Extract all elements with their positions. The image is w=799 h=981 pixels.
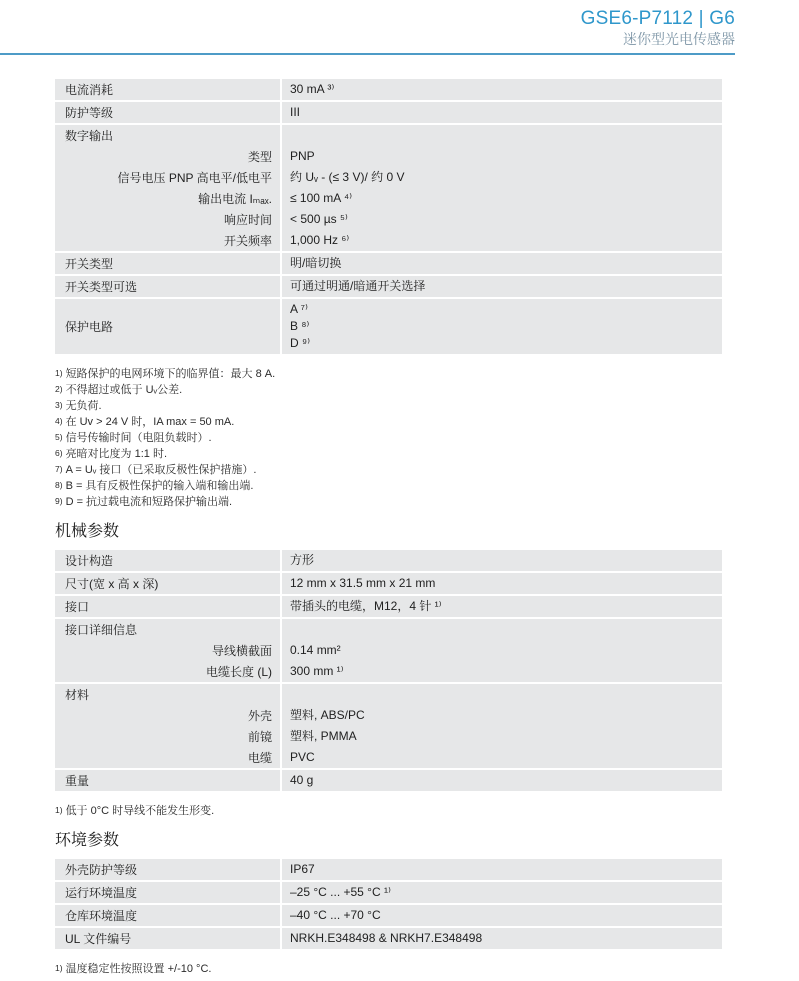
spec-value-line: < 500 µs ⁵⁾ xyxy=(290,211,714,228)
spec-value-line: 300 mm ¹⁾ xyxy=(290,663,714,680)
footnote-text: 亮暗对比度为 1:1 时. xyxy=(66,448,167,460)
spec-row: 开关频率1,000 Hz ⁶⁾ xyxy=(55,230,722,251)
spec-value-line: 塑料, ABS/PC xyxy=(290,707,714,724)
spec-row: 尺寸(宽 x 高 x 深)12 mm x 31.5 mm x 21 mm xyxy=(55,573,722,594)
spec-label: 电缆 xyxy=(55,747,280,768)
spec-value-line: 1,000 Hz ⁶⁾ xyxy=(290,232,714,249)
spec-label: 输出电流 Iₘₐₓ. xyxy=(55,188,280,209)
footnote-text: 信号传输时间（电阻负载时）. xyxy=(66,432,212,444)
footnote-marker: 9) xyxy=(55,496,63,506)
spec-label: 材料 xyxy=(55,684,280,705)
electrical-spec-table: 电流消耗30 mA ³⁾防护等级III数字输出类型PNP信号电压 PNP 高电平… xyxy=(55,79,722,354)
spec-row-group: 开关类型可选可通过明通/暗通开关选择 xyxy=(55,276,722,297)
spec-row: 数字输出 xyxy=(55,125,722,146)
spec-label: 运行环境温度 xyxy=(55,882,280,903)
spec-row: 导线横截面0.14 mm² xyxy=(55,640,722,661)
spec-value: 塑料, ABS/PC xyxy=(282,705,722,726)
spec-label: 电缆长度 (L) xyxy=(55,661,280,682)
spec-label: 防护等级 xyxy=(55,102,280,123)
spec-value: –25 °C ... +55 °C ¹⁾ xyxy=(282,882,722,903)
spec-row: 材料 xyxy=(55,684,722,705)
spec-label: 保护电路 xyxy=(55,299,280,354)
footnote-text: D = 抗过载电流和短路保护输出端. xyxy=(66,496,233,508)
spec-value-line: 方形 xyxy=(290,552,714,569)
spec-label: UL 文件编号 xyxy=(55,928,280,949)
footnote-text: 无负荷. xyxy=(66,400,102,412)
spec-row: 外壳塑料, ABS/PC xyxy=(55,705,722,726)
spec-value: ≤ 100 mA ⁴⁾ xyxy=(282,188,722,209)
spec-value xyxy=(282,125,722,146)
spec-row: 响应时间< 500 µs ⁵⁾ xyxy=(55,209,722,230)
spec-row-group: 运行环境温度–25 °C ... +55 °C ¹⁾ xyxy=(55,882,722,903)
spec-label: 信号电压 PNP 高电平/低电平 xyxy=(55,167,280,188)
footnote: 1)短路保护的电网环境下的临界值：最大 8 A. xyxy=(55,366,722,382)
spec-value xyxy=(282,684,722,705)
spec-value: 300 mm ¹⁾ xyxy=(282,661,722,682)
footnote-text: 短路保护的电网环境下的临界值：最大 8 A. xyxy=(66,368,276,380)
spec-row-group: 保护电路A ⁷⁾B ⁸⁾D ⁹⁾ xyxy=(55,299,722,354)
spec-row-group: UL 文件编号NRKH.E348498 & NRKH7.E348498 xyxy=(55,928,722,949)
spec-label: 接口详细信息 xyxy=(55,619,280,640)
spec-row-group: 尺寸(宽 x 高 x 深)12 mm x 31.5 mm x 21 mm xyxy=(55,573,722,594)
footnote: 3)无负荷. xyxy=(55,398,722,414)
footnote: 1)温度稳定性按照设置 +/-10 °C. xyxy=(55,961,722,977)
spec-label: 开关类型 xyxy=(55,253,280,274)
spec-label: 外壳防护等级 xyxy=(55,859,280,880)
section-title-environment: 环境参数 xyxy=(55,831,722,851)
section-title-mechanical: 机械参数 xyxy=(55,522,722,542)
electrical-footnotes: 1)短路保护的电网环境下的临界值：最大 8 A.2)不得超过或低于 Uᵥ公差.3… xyxy=(55,366,722,510)
spec-label: 导线横截面 xyxy=(55,640,280,661)
spec-row: 信号电压 PNP 高电平/低电平约 Uᵥ - (≤ 3 V)/ 约 0 V xyxy=(55,167,722,188)
spec-row: 保护电路A ⁷⁾B ⁸⁾D ⁹⁾ xyxy=(55,299,722,354)
spec-row: 运行环境温度–25 °C ... +55 °C ¹⁾ xyxy=(55,882,722,903)
spec-label: 响应时间 xyxy=(55,209,280,230)
spec-row: 开关类型明/暗切换 xyxy=(55,253,722,274)
footnote-marker: 5) xyxy=(55,432,63,442)
footnote: 5)信号传输时间（电阻负载时）. xyxy=(55,430,722,446)
spec-label: 设计构造 xyxy=(55,550,280,571)
spec-row-group: 接口详细信息导线横截面0.14 mm²电缆长度 (L)300 mm ¹⁾ xyxy=(55,619,722,682)
spec-label: 开关频率 xyxy=(55,230,280,251)
environment-spec-table: 外壳防护等级IP67运行环境温度–25 °C ... +55 °C ¹⁾仓库环境… xyxy=(55,859,722,949)
product-title: GSE6-P7112 | G6 xyxy=(0,7,799,30)
spec-value: < 500 µs ⁵⁾ xyxy=(282,209,722,230)
spec-value-line: PVC xyxy=(290,749,714,766)
spec-value-line: IP67 xyxy=(290,861,714,878)
spec-row: 外壳防护等级IP67 xyxy=(55,859,722,880)
spec-value-line: 12 mm x 31.5 mm x 21 mm xyxy=(290,575,714,592)
spec-value: 40 g xyxy=(282,770,722,791)
spec-value: III xyxy=(282,102,722,123)
spec-row-group: 仓库环境温度–40 °C ... +70 °C xyxy=(55,905,722,926)
footnote-text: 不得超过或低于 Uᵥ公差. xyxy=(66,384,183,396)
spec-label: 电流消耗 xyxy=(55,79,280,100)
spec-row: 设计构造方形 xyxy=(55,550,722,571)
footnote-marker: 2) xyxy=(55,384,63,394)
spec-value: 0.14 mm² xyxy=(282,640,722,661)
footnote: 7)A = Uᵥ 接口（已采取反极性保护措施）. xyxy=(55,462,722,478)
spec-value-line: 塑料, PMMA xyxy=(290,728,714,745)
spec-row: 重量40 g xyxy=(55,770,722,791)
footnote: 2)不得超过或低于 Uᵥ公差. xyxy=(55,382,722,398)
spec-label: 类型 xyxy=(55,146,280,167)
spec-value: 1,000 Hz ⁶⁾ xyxy=(282,230,722,251)
footnote: 9)D = 抗过载电流和短路保护输出端. xyxy=(55,494,722,510)
spec-value-line: 带插头的电缆，M12，4 针 ¹⁾ xyxy=(290,598,714,615)
spec-label: 仓库环境温度 xyxy=(55,905,280,926)
spec-value-line: 可通过明通/暗通开关选择 xyxy=(290,278,714,295)
spec-value-line: –40 °C ... +70 °C xyxy=(290,907,714,924)
footnote-text: 低于 0°C 时导线不能发生形变. xyxy=(66,805,215,817)
footnote-marker: 1) xyxy=(55,805,63,815)
spec-row: 仓库环境温度–40 °C ... +70 °C xyxy=(55,905,722,926)
spec-value-line: –25 °C ... +55 °C ¹⁾ xyxy=(290,884,714,901)
spec-label: 接口 xyxy=(55,596,280,617)
spec-value: –40 °C ... +70 °C xyxy=(282,905,722,926)
spec-value: 12 mm x 31.5 mm x 21 mm xyxy=(282,573,722,594)
footnote-marker: 4) xyxy=(55,416,63,426)
spec-value: 塑料, PMMA xyxy=(282,726,722,747)
spec-value: 30 mA ³⁾ xyxy=(282,79,722,100)
spec-row: UL 文件编号NRKH.E348498 & NRKH7.E348498 xyxy=(55,928,722,949)
footnote: 4)在 Uv > 24 V 时，IA max = 50 mA. xyxy=(55,414,722,430)
footnote-marker: 8) xyxy=(55,480,63,490)
spec-value: A ⁷⁾B ⁸⁾D ⁹⁾ xyxy=(282,299,722,354)
product-subtitle: 迷你型光电传感器 xyxy=(0,30,799,49)
spec-row: 前镜塑料, PMMA xyxy=(55,726,722,747)
spec-row-group: 防护等级III xyxy=(55,102,722,123)
mechanical-spec-table: 设计构造方形尺寸(宽 x 高 x 深)12 mm x 31.5 mm x 21 … xyxy=(55,550,722,791)
spec-row: 开关类型可选可通过明通/暗通开关选择 xyxy=(55,276,722,297)
spec-label: 尺寸(宽 x 高 x 深) xyxy=(55,573,280,594)
footnote: 8)B = 具有反极性保护的输入端和输出端. xyxy=(55,478,722,494)
spec-value: 明/暗切换 xyxy=(282,253,722,274)
spec-row-group: 材料外壳塑料, ABS/PC前镜塑料, PMMA电缆PVC xyxy=(55,684,722,768)
footnote: 6)亮暗对比度为 1:1 时. xyxy=(55,446,722,462)
spec-value-line: 约 Uᵥ - (≤ 3 V)/ 约 0 V xyxy=(290,169,714,186)
spec-value-line: NRKH.E348498 & NRKH7.E348498 xyxy=(290,930,714,947)
spec-row: 电流消耗30 mA ³⁾ xyxy=(55,79,722,100)
spec-value-line: 明/暗切换 xyxy=(290,255,714,272)
spec-value: 带插头的电缆，M12，4 针 ¹⁾ xyxy=(282,596,722,617)
spec-label: 前镜 xyxy=(55,726,280,747)
spec-label: 外壳 xyxy=(55,705,280,726)
footnote-marker: 1) xyxy=(55,963,63,973)
spec-row: 电缆长度 (L)300 mm ¹⁾ xyxy=(55,661,722,682)
spec-row-group: 数字输出类型PNP信号电压 PNP 高电平/低电平约 Uᵥ - (≤ 3 V)/… xyxy=(55,125,722,251)
footnote-marker: 7) xyxy=(55,464,63,474)
spec-row: 接口详细信息 xyxy=(55,619,722,640)
spec-row-group: 接口带插头的电缆，M12，4 针 ¹⁾ xyxy=(55,596,722,617)
spec-value: PNP xyxy=(282,146,722,167)
spec-value-line: III xyxy=(290,104,714,121)
spec-value-line: PNP xyxy=(290,148,714,165)
spec-label: 开关类型可选 xyxy=(55,276,280,297)
page-header: GSE6-P7112 | G6 迷你型光电传感器 xyxy=(0,0,799,55)
spec-value-line: B ⁸⁾ xyxy=(290,318,714,335)
spec-row-group: 开关类型明/暗切换 xyxy=(55,253,722,274)
spec-value-line: 40 g xyxy=(290,772,714,789)
spec-row: 输出电流 Iₘₐₓ.≤ 100 mA ⁴⁾ xyxy=(55,188,722,209)
spec-label: 重量 xyxy=(55,770,280,791)
spec-value: IP67 xyxy=(282,859,722,880)
spec-row: 防护等级III xyxy=(55,102,722,123)
spec-value: 方形 xyxy=(282,550,722,571)
spec-row-group: 重量40 g xyxy=(55,770,722,791)
spec-label: 数字输出 xyxy=(55,125,280,146)
spec-value: PVC xyxy=(282,747,722,768)
datasheet-page: GSE6-P7112 | G6 迷你型光电传感器 电流消耗30 mA ³⁾防护等… xyxy=(0,0,799,981)
footnote-text: B = 具有反极性保护的输入端和输出端. xyxy=(66,480,254,492)
footnote-text: A = Uᵥ 接口（已采取反极性保护措施）. xyxy=(66,464,257,476)
spec-value-line: A ⁷⁾ xyxy=(290,301,714,318)
footnote-marker: 1) xyxy=(55,368,63,378)
spec-value-line: ≤ 100 mA ⁴⁾ xyxy=(290,190,714,207)
environment-footnotes: 1)温度稳定性按照设置 +/-10 °C. xyxy=(55,961,722,977)
spec-value: 可通过明通/暗通开关选择 xyxy=(282,276,722,297)
content-area: 电流消耗30 mA ³⁾防护等级III数字输出类型PNP信号电压 PNP 高电平… xyxy=(55,55,722,977)
footnote-text: 在 Uv > 24 V 时，IA max = 50 mA. xyxy=(66,416,235,428)
spec-value-line: 30 mA ³⁾ xyxy=(290,81,714,98)
spec-value-line: 0.14 mm² xyxy=(290,642,714,659)
footnote-marker: 3) xyxy=(55,400,63,410)
spec-row-group: 电流消耗30 mA ³⁾ xyxy=(55,79,722,100)
spec-row: 类型PNP xyxy=(55,146,722,167)
mechanical-footnotes: 1)低于 0°C 时导线不能发生形变. xyxy=(55,803,722,819)
spec-row-group: 外壳防护等级IP67 xyxy=(55,859,722,880)
spec-row-group: 设计构造方形 xyxy=(55,550,722,571)
spec-row: 接口带插头的电缆，M12，4 针 ¹⁾ xyxy=(55,596,722,617)
spec-value: 约 Uᵥ - (≤ 3 V)/ 约 0 V xyxy=(282,167,722,188)
spec-value-line: D ⁹⁾ xyxy=(290,335,714,352)
spec-value: NRKH.E348498 & NRKH7.E348498 xyxy=(282,928,722,949)
footnote-marker: 6) xyxy=(55,448,63,458)
footnote-text: 温度稳定性按照设置 +/-10 °C. xyxy=(66,963,212,975)
spec-value xyxy=(282,619,722,640)
footnote: 1)低于 0°C 时导线不能发生形变. xyxy=(55,803,722,819)
spec-row: 电缆PVC xyxy=(55,747,722,768)
